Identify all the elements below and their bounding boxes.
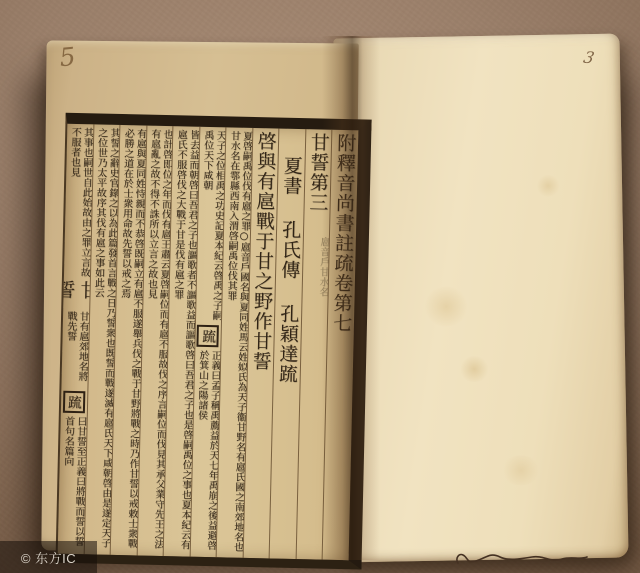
paper-stain bbox=[536, 175, 560, 197]
handwritten-corner-mark-right: 3 bbox=[581, 48, 595, 68]
right-page-blank: 3 bbox=[333, 34, 628, 563]
column-text: 甘有扈郊地名將戰先誓 bbox=[62, 311, 89, 388]
column-gap bbox=[290, 196, 291, 220]
ink-squiggle-mark bbox=[452, 547, 592, 571]
column-text: 曰甘誓至正義曰將戰而誓以誓首句名篇向 bbox=[58, 416, 86, 555]
paper-stain bbox=[423, 286, 470, 327]
stock-photo-watermark: © 东方IC bbox=[0, 541, 97, 573]
plate-columns: 附釋音尚書註疏卷第七甘誓第三扈音戶甘水名夏書孔氏傳孔穎達䟽啓與有扈戰于甘之野作甘… bbox=[58, 124, 359, 560]
left-page: 5 附釋音尚書註疏卷第七甘誓第三扈音戶甘水名夏書孔氏傳孔穎達䟽啓與有扈戰于甘之野… bbox=[41, 40, 358, 553]
paper-stain bbox=[501, 455, 542, 486]
handwritten-corner-mark-left: 5 bbox=[58, 42, 77, 72]
paper-stain bbox=[459, 356, 489, 383]
column-gap bbox=[317, 212, 318, 236]
column-text: 附釋音尚書註疏卷第七 bbox=[329, 133, 358, 333]
woodblock-print-frame: 附釋音尚書註疏卷第七甘誓第三扈音戶甘水名夏書孔氏傳孔穎達䟽啓與有扈戰于甘之野作甘… bbox=[55, 113, 371, 570]
commentary-marker: 䟽 bbox=[197, 325, 219, 347]
column-text: 孔穎達䟽 bbox=[275, 304, 301, 385]
column-text: 甘誓 bbox=[58, 280, 93, 312]
column-text: 扈音戶甘水名 bbox=[303, 236, 329, 297]
column-gap bbox=[289, 280, 290, 304]
column-gap bbox=[292, 132, 293, 156]
column-text: 甘誓第三 bbox=[305, 132, 331, 213]
column-text: 夏書 bbox=[279, 156, 304, 197]
commentary-marker: 䟽 bbox=[63, 391, 85, 413]
column-text: 其事也嗣世自此始故由之罪立言故不服者也見 bbox=[64, 127, 92, 281]
column-text: 孔氏傳 bbox=[277, 220, 302, 281]
